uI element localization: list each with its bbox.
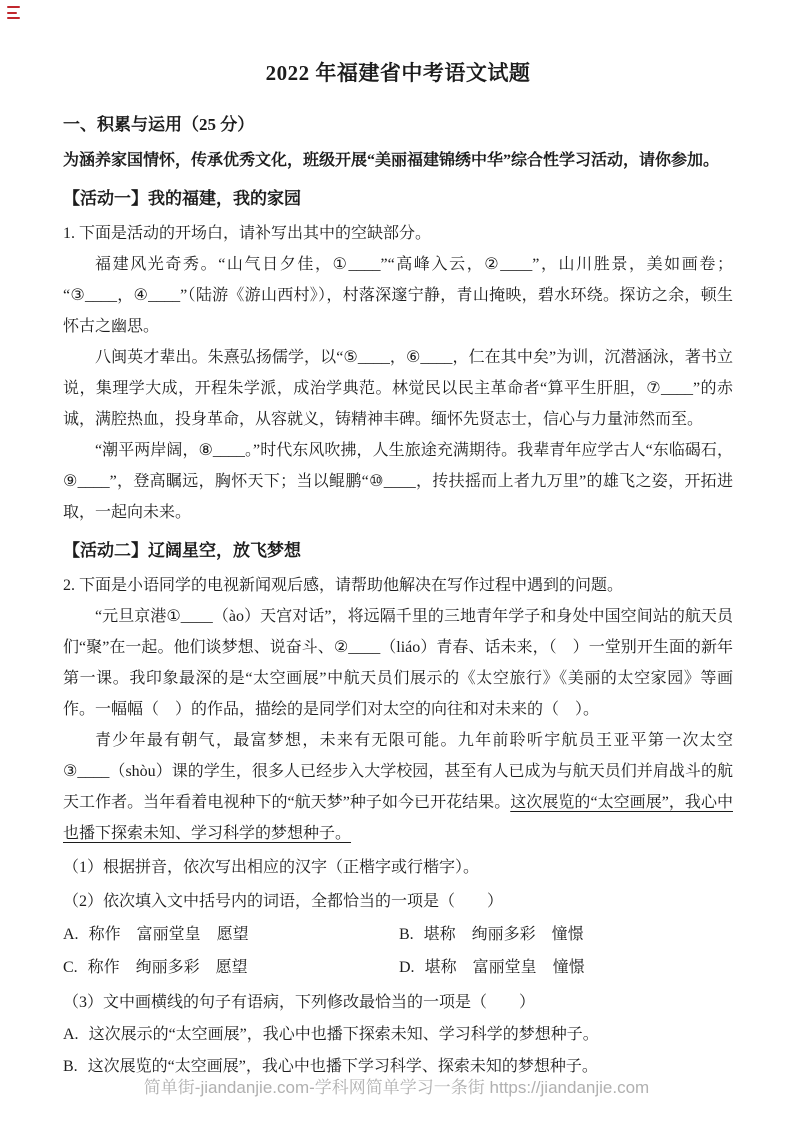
option-a-text: 称作 富丽堂皇 愿望 (89, 926, 249, 943)
question2-stem: 2. 下面是小语同学的电视新闻观后感，请帮助他解决在写作过程中遇到的问题。 (63, 570, 733, 601)
option-d-text: 堪称 富丽堂皇 憧憬 (425, 959, 585, 976)
option-a-label: A. (63, 926, 79, 943)
sub-question-2-options: A.称作 富丽堂皇 愿望 B.堪称 绚丽多彩 憧憬 C.称作 绚丽多彩 愿望 D… (63, 918, 733, 984)
q3-option-a-text: 这次展示的“太空画展”，我心中也播下探索未知、学习科学的梦想种子。 (89, 1026, 599, 1043)
question1-passage-2: 八闽英才辈出。朱熹弘扬儒学，以“⑤____，⑥____，仁在其中矣”为训，沉潜涵… (63, 342, 733, 435)
activity2-heading: 【活动二】辽阔星空，放飞梦想 (63, 535, 733, 567)
q3-option-a: A.这次展示的“太空画展”，我心中也播下探索未知、学习科学的梦想种子。 (63, 1019, 733, 1050)
exam-document-page: 2022 年福建省中考语文试题 一、积累与运用（25 分） 为涵养家国情怀，传承… (0, 0, 793, 1122)
question2-passage-1: “元旦京港①____（ào）天宫对话”，将远隔千里的三地青年学子和身处中国空间站… (63, 601, 733, 725)
question1-passage-1: 福建风光奇秀。“山气日夕佳，①____”“高峰入云，②____”，山川胜景，美如… (63, 249, 733, 342)
question2-passage-2: 青少年最有朝气，最富梦想，未来有无限可能。九年前聆听宇航员王亚平第一次太空③__… (63, 725, 733, 849)
question1-passage-3: “潮平两岸阔，⑧____。”时代东风吹拂，人生旅途充满期待。我辈青年应学古人“东… (63, 435, 733, 528)
option-c-text: 称作 绚丽多彩 愿望 (88, 959, 248, 976)
sub-question-3: （3）文中画横线的句子有语病，下列修改最恰当的一项是（ ） (63, 987, 733, 1018)
sub-question-2: （2）依次填入文中括号内的词语，全都恰当的一项是（ ） (63, 886, 733, 917)
section-heading: 一、积累与运用（25 分） (63, 110, 733, 140)
option-b-text: 堪称 绚丽多彩 憧憬 (424, 926, 584, 943)
section-intro-paragraph: 为涵养家国情怀，传承优秀文化，班级开展“美丽福建锦绣中华”综合性学习活动，请你参… (63, 145, 733, 176)
q3-option-a-label: A. (63, 1026, 79, 1043)
option-c-label: C. (63, 959, 78, 976)
option-a: A.称作 富丽堂皇 愿望 (63, 918, 399, 951)
red-corner-mark-icon (7, 6, 21, 19)
question1-stem: 1. 下面是活动的开场白，请补写出其中的空缺部分。 (63, 218, 733, 249)
footer-watermark: 简单街-jiandanjie.com-学科网简单学习一条街 https://ji… (0, 1073, 793, 1098)
activity1-heading: 【活动一】我的福建，我的家园 (63, 183, 733, 215)
document-title: 2022 年福建省中考语文试题 (63, 58, 733, 88)
option-d: D.堪称 富丽堂皇 憧憬 (399, 951, 733, 984)
option-c: C.称作 绚丽多彩 愿望 (63, 951, 399, 984)
document-content: 2022 年福建省中考语文试题 一、积累与运用（25 分） 为涵养家国情怀，传承… (63, 0, 733, 1082)
option-b-label: B. (399, 926, 414, 943)
sub-question-1: （1）根据拼音，依次写出相应的汉字（正楷字或行楷字）。 (63, 852, 733, 883)
option-b: B.堪称 绚丽多彩 憧憬 (399, 918, 733, 951)
option-d-label: D. (399, 959, 415, 976)
